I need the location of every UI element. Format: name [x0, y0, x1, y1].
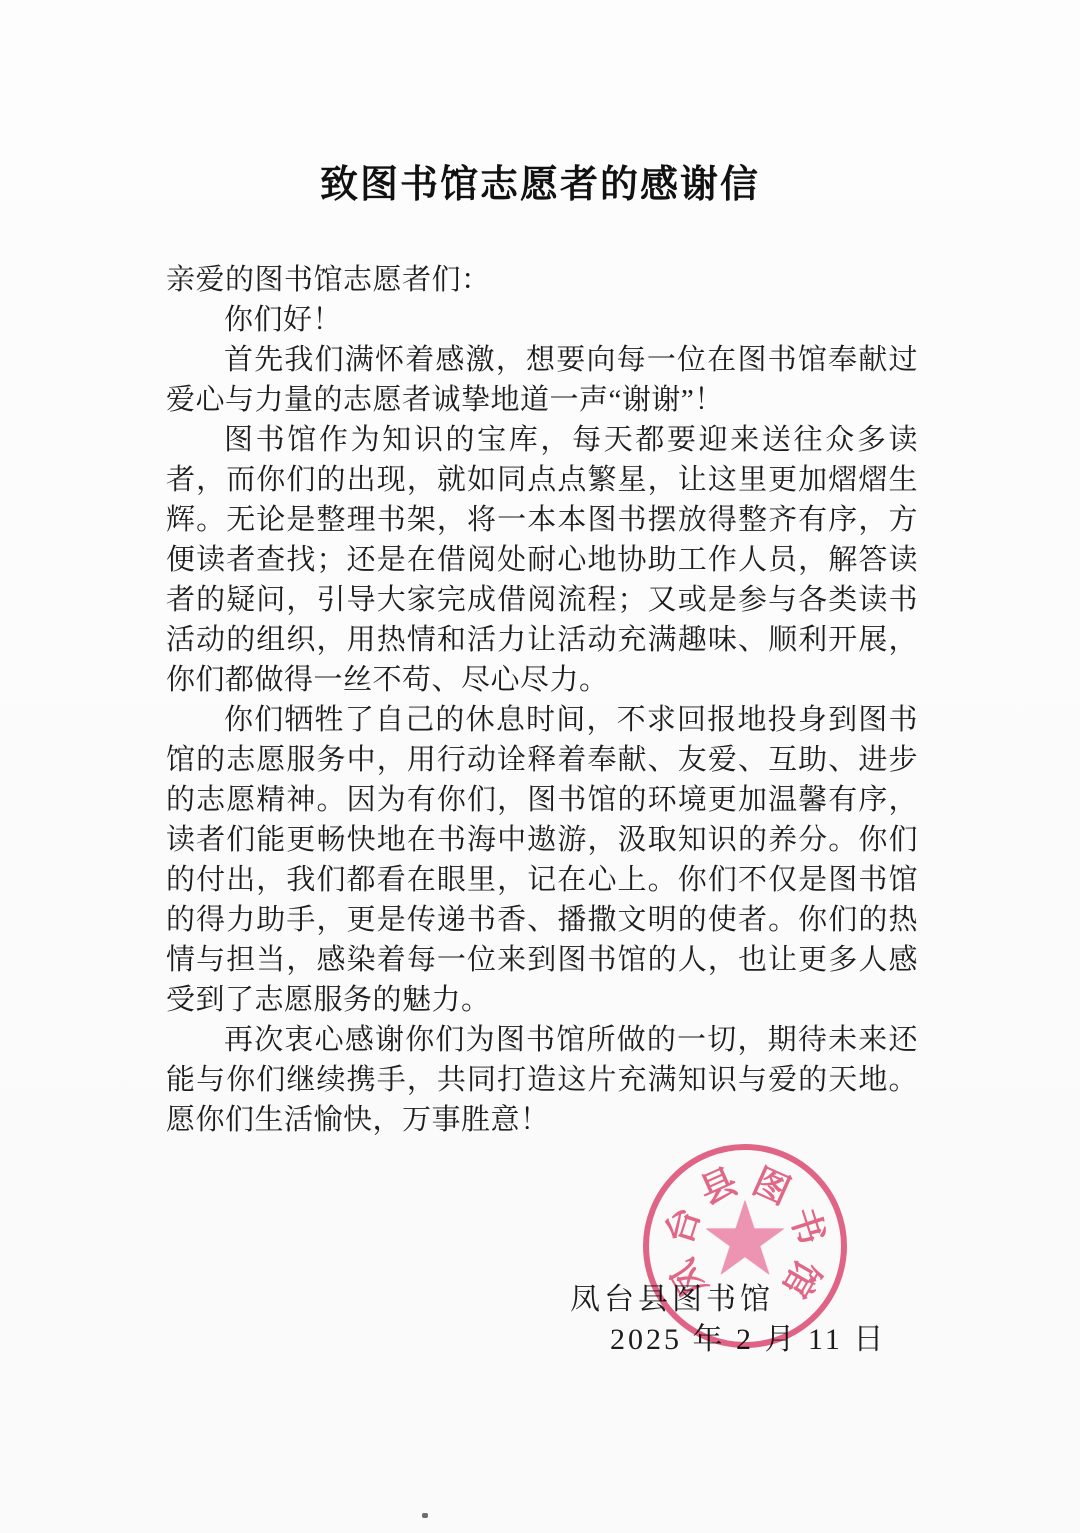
letter-title: 致图书馆志愿者的感谢信 — [0, 153, 1080, 208]
scan-artifact-dot — [422, 1513, 428, 1518]
official-seal: ★ 凤 台 县 图 书 馆 — [643, 1144, 847, 1348]
paragraph-dedication: 你们牺牲了自己的休息时间，不求回报地投身到图书馆的志愿服务中，用行动诠释着奉献、… — [166, 700, 918, 1020]
paragraph-library-work: 图书馆作为知识的宝库，每天都要迎来送往众多读者，而你们的出现，就如同点点繁星，让… — [166, 420, 918, 700]
paragraph-greeting: 你们好！ — [166, 300, 918, 340]
letter-body: 亲爱的图书馆志愿者们： 你们好！ 首先我们满怀着感激，想要向每一位在图书馆奉献过… — [166, 260, 918, 1140]
paragraph-closing: 再次衷心感谢你们为图书馆所做的一切，期待未来还能与你们继续携手，共同打造这片充满… — [166, 1020, 918, 1140]
salutation: 亲爱的图书馆志愿者们： — [166, 260, 918, 300]
letter-page: 致图书馆志愿者的感谢信 亲爱的图书馆志愿者们： 你们好！ 首先我们满怀着感激，想… — [0, 0, 1080, 1533]
scan-smudge — [320, 388, 330, 392]
paragraph-thanks: 首先我们满怀着感激，想要向每一位在图书馆奉献过爱心与力量的志愿者诚挚地道一声“谢… — [166, 340, 918, 420]
